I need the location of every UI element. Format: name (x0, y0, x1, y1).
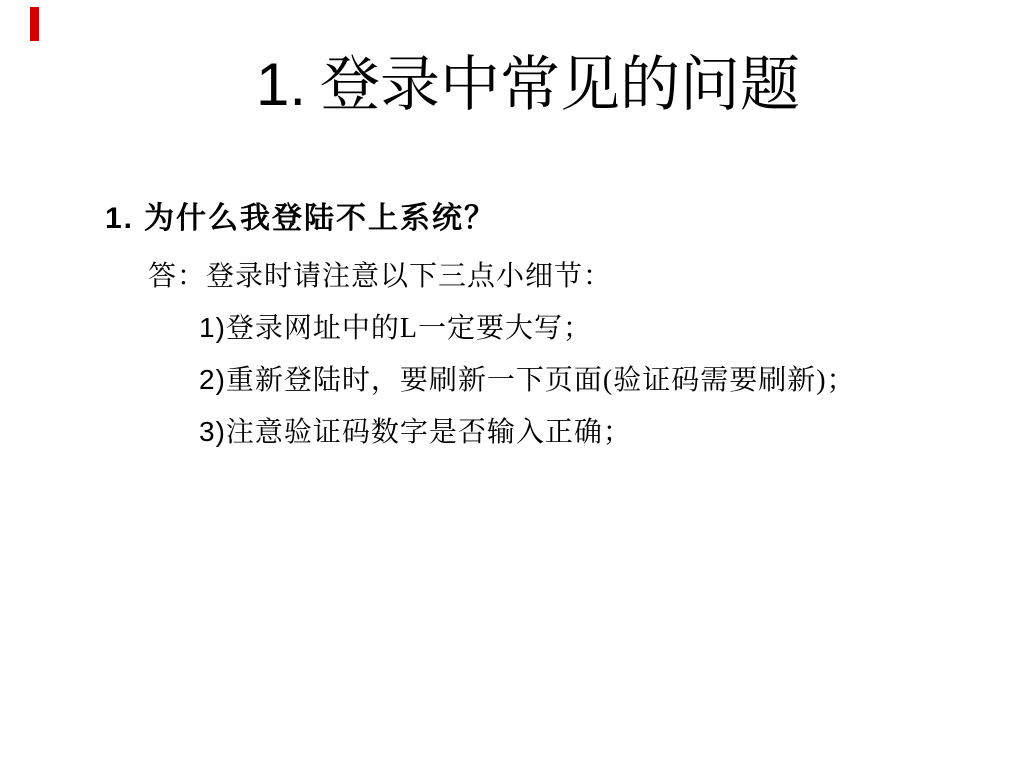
answer-point-2: 2)重新登陆时，要刷新一下页面(验证码需要刷新)； (199, 358, 856, 398)
question-number: 1. (105, 202, 134, 235)
answer-point-2-text: 重新登陆时，要刷新一下页面(验证码需要刷新)； (226, 365, 856, 396)
answer-point-3: 3)注意验证码数字是否输入正确； (199, 410, 632, 450)
answer-point-2-number: 2) (199, 364, 226, 395)
slide: 1.登录中常见的问题 1.为什么我登陆不上系统？ 答：登录时请注意以下三点小细节… (0, 0, 1024, 768)
question-text: 为什么我登陆不上系统？ (144, 202, 496, 235)
answer-point-1-text: 登录网址中的L一定要大写； (226, 313, 592, 344)
answer-intro-line: 答：登录时请注意以下三点小细节： (148, 254, 612, 294)
answer-point-1: 1)登录网址中的L一定要大写； (199, 306, 592, 346)
question-heading: 1.为什么我登陆不上系统？ (105, 193, 496, 237)
slide-title: 1.登录中常见的问题 (256, 52, 800, 118)
slide-title-number: 1. (256, 51, 306, 118)
slide-title-text: 登录中常见的问题 (320, 52, 800, 118)
answer-point-1-number: 1) (199, 312, 226, 343)
answer-point-3-number: 3) (199, 416, 226, 447)
red-flag-marker (30, 7, 39, 41)
answer-point-3-text: 注意验证码数字是否输入正确； (226, 417, 632, 448)
